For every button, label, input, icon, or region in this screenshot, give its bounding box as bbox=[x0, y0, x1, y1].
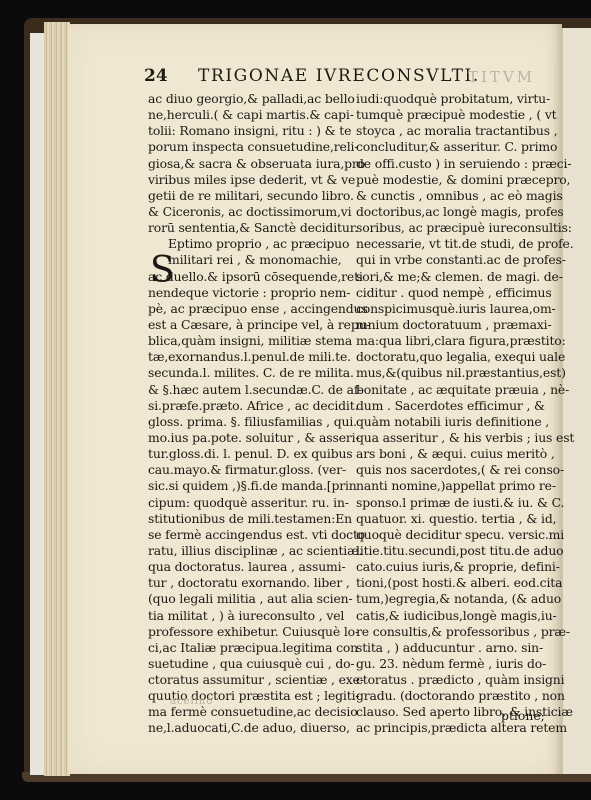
right-text-column: iudi:quodquè probitatum, virtu-tumquè pr… bbox=[356, 91, 556, 737]
facing-page-edge bbox=[562, 28, 591, 774]
text-line: ne,herculi.( & capi martis.& capi- bbox=[148, 107, 332, 123]
text-line: (quo legali militia , aut alia scien- bbox=[148, 591, 332, 607]
text-line: iudi:quodquè probitatum, virtu- bbox=[356, 91, 556, 107]
text-line: tioni,(post hosti.& alberi. eod.cita bbox=[356, 575, 556, 591]
text-line: sic.si quidem ,)§.fi.de manda.[prin bbox=[148, 478, 332, 494]
text-line: ac diuo georgio,& palladi,ac bello bbox=[148, 91, 332, 107]
text-line: tur , doctoratu exornando. liber , bbox=[148, 575, 332, 591]
text-line: catis,& iudicibus,longè magis,iu- bbox=[356, 608, 556, 624]
text-line: giosa,& sacra & obseruata iura,pro bbox=[148, 156, 332, 172]
text-line: cato.cuius iuris,& proprie, defini- bbox=[356, 559, 556, 575]
text-line: qua asseritur , & his verbis ; ius est bbox=[356, 430, 556, 446]
text-line: gu. 23. nèdum fermè , iuris do- bbox=[356, 656, 556, 672]
text-line: Eptimo proprio , ac præcipuo bbox=[148, 236, 332, 252]
text-line: ctoratus assumitur , scientiæ , exe- bbox=[148, 672, 332, 688]
text-line: quis nos sacerdotes,( & rei conso- bbox=[356, 462, 556, 478]
running-title: TRIGONAE IVRECONSVLTI. bbox=[198, 66, 480, 86]
text-line: quoquè deciditur specu. versic.mi bbox=[356, 527, 556, 543]
text-line: dum . Sacerdotes efficimur , & bbox=[356, 398, 556, 414]
text-line: sponso.l primæ de iusti.& iu. & C. bbox=[356, 495, 556, 511]
text-line: secunda.l. milites. C. de re milita. bbox=[148, 365, 332, 381]
text-line: blica,quàm insigni, militiæ stema bbox=[148, 333, 332, 349]
text-line: tur.gloss.di. l. penul. D. ex quibus bbox=[148, 446, 332, 462]
text-line: viribus miles ipse dederit, vt & ve bbox=[148, 172, 332, 188]
text-line: ne,l.aduocati,C.de aduo, diuerso, bbox=[148, 720, 332, 736]
text-line: mo.ius pa.pote. soluitur , & asseri- bbox=[148, 430, 332, 446]
text-line: tia militat , ) à iureconsulto , vel bbox=[148, 608, 332, 624]
text-line: rorū sententia,& Sanctè deciditur. bbox=[148, 220, 332, 236]
text-line: concluditur,& asseritur. C. primo bbox=[356, 139, 556, 155]
text-line: si.præfe.præto. Africe , ac decidit. bbox=[148, 398, 332, 414]
page-number: 24 bbox=[144, 66, 168, 86]
text-line: est a Cæsare, à principe vel, à repu- bbox=[148, 317, 332, 333]
text-line: gloss. prima. §. filiusfamilias , qui. bbox=[148, 414, 332, 430]
text-line: quàm notabili iuris definitione , bbox=[356, 414, 556, 430]
text-line: stita , ) adducuntur . arno. sin- bbox=[356, 640, 556, 656]
bleed-through-bottom: acelino bbox=[170, 696, 213, 707]
text-line: ma:qua libri,clara figura,præstito: bbox=[356, 333, 556, 349]
running-head: 24 TRIGONAE IVRECONSVLTI. TITVM bbox=[140, 66, 560, 88]
text-line: sori,& me;& clemen. de magi. de- bbox=[356, 269, 556, 285]
text-line: ctoratus . prædicto , quàm insigni bbox=[356, 672, 556, 688]
text-line: ars boni , & æqui. cuius meritò , bbox=[356, 446, 556, 462]
text-line: ac duello.& ipsorū cōsequende,reti bbox=[148, 269, 332, 285]
catchword: ptione; bbox=[501, 708, 545, 723]
text-line: stitutionibus de mili.testamen:En bbox=[148, 511, 332, 527]
left-text-column: ac diuo georgio,& palladi,ac bellone,her… bbox=[148, 91, 332, 737]
text-line: qui in vrbe constanti.ac de profes- bbox=[356, 252, 556, 268]
text-line: nanti nomine,)appellat primo re- bbox=[356, 478, 556, 494]
text-line: necessarie, vt tit.de studi, de profe. bbox=[356, 236, 556, 252]
text-line: cipum: quodquè asseritur. ru. in- bbox=[148, 495, 332, 511]
text-line: militari rei , & monomachie, bbox=[148, 252, 332, 268]
text-line: de offi.custo ) in seruiendo : præci- bbox=[356, 156, 556, 172]
text-line: se fermè accingendus est. vti docto bbox=[148, 527, 332, 543]
text-line: porum inspecta consuetudine,reli- bbox=[148, 139, 332, 155]
text-line: puè modestie, & domini præcepro, bbox=[356, 172, 556, 188]
text-line: litie.titu.secundi,post titu.de aduo bbox=[356, 543, 556, 559]
page-edges bbox=[44, 22, 70, 776]
text-line: cau.mayo.& firmatur.gloss. (ver- bbox=[148, 462, 332, 478]
text-line: tolii: Romano insigni, ritu : ) & te bbox=[148, 123, 332, 139]
text-line: suetudine , qua cuiusquè cui , do- bbox=[148, 656, 332, 672]
text-line: pè, ac præcipuo ense , accingendus bbox=[148, 301, 332, 317]
text-line: getii de re militari, secundo libro. bbox=[148, 188, 332, 204]
text-line: stoyca , ac moralia tractantibus , bbox=[356, 123, 556, 139]
text-line: ciditur . quod nempè , efficimus bbox=[356, 285, 556, 301]
text-line: qua doctoratus. laurea , assumi- bbox=[148, 559, 332, 575]
text-line: ci,ac Italiæ præcipua.legitima con bbox=[148, 640, 332, 656]
text-line: & §.hæc autem l.secundæ.C. de af- bbox=[148, 382, 332, 398]
text-line: tum,)egregia,& notanda, (& aduo bbox=[356, 591, 556, 607]
text-line: & cunctis , omnibus , ac eò magis bbox=[356, 188, 556, 204]
text-line: tumquè præcipuè modestie , ( vt bbox=[356, 107, 556, 123]
text-line: professore exhibetur. Cuiusquè lo- bbox=[148, 624, 332, 640]
text-line: bonitate , ac æquitate præuia , nè- bbox=[356, 382, 556, 398]
text-line: re consultis,& professoribus , præ- bbox=[356, 624, 556, 640]
text-line: tæ,exornandus.l.penul.de mili.te. bbox=[148, 349, 332, 365]
text-line: conspicimusquè.iuris laurea,om- bbox=[356, 301, 556, 317]
text-line: & Ciceronis, ac doctissimorum,vi bbox=[148, 204, 332, 220]
text-line: doctoratu,quo legalia, exequi uale bbox=[356, 349, 556, 365]
text-line: nendeque victorie : proprio nem- bbox=[148, 285, 332, 301]
text-line: mnium doctoratuum , præmaxi- bbox=[356, 317, 556, 333]
bleed-through-text: TITVM bbox=[468, 68, 535, 86]
text-line: doctoribus,ac longè magis, profes bbox=[356, 204, 556, 220]
text-line: gradu. (doctorando præstito , non bbox=[356, 688, 556, 704]
text-line: quatuor. xi. questio. tertia , & id, bbox=[356, 511, 556, 527]
text-line: soribus, ac præcipuè iureconsultis: bbox=[356, 220, 556, 236]
text-line: mus,&(quibus nil.præstantius,est) bbox=[356, 365, 556, 381]
text-line: ratu, illius disciplinæ , ac scientiæ. bbox=[148, 543, 332, 559]
